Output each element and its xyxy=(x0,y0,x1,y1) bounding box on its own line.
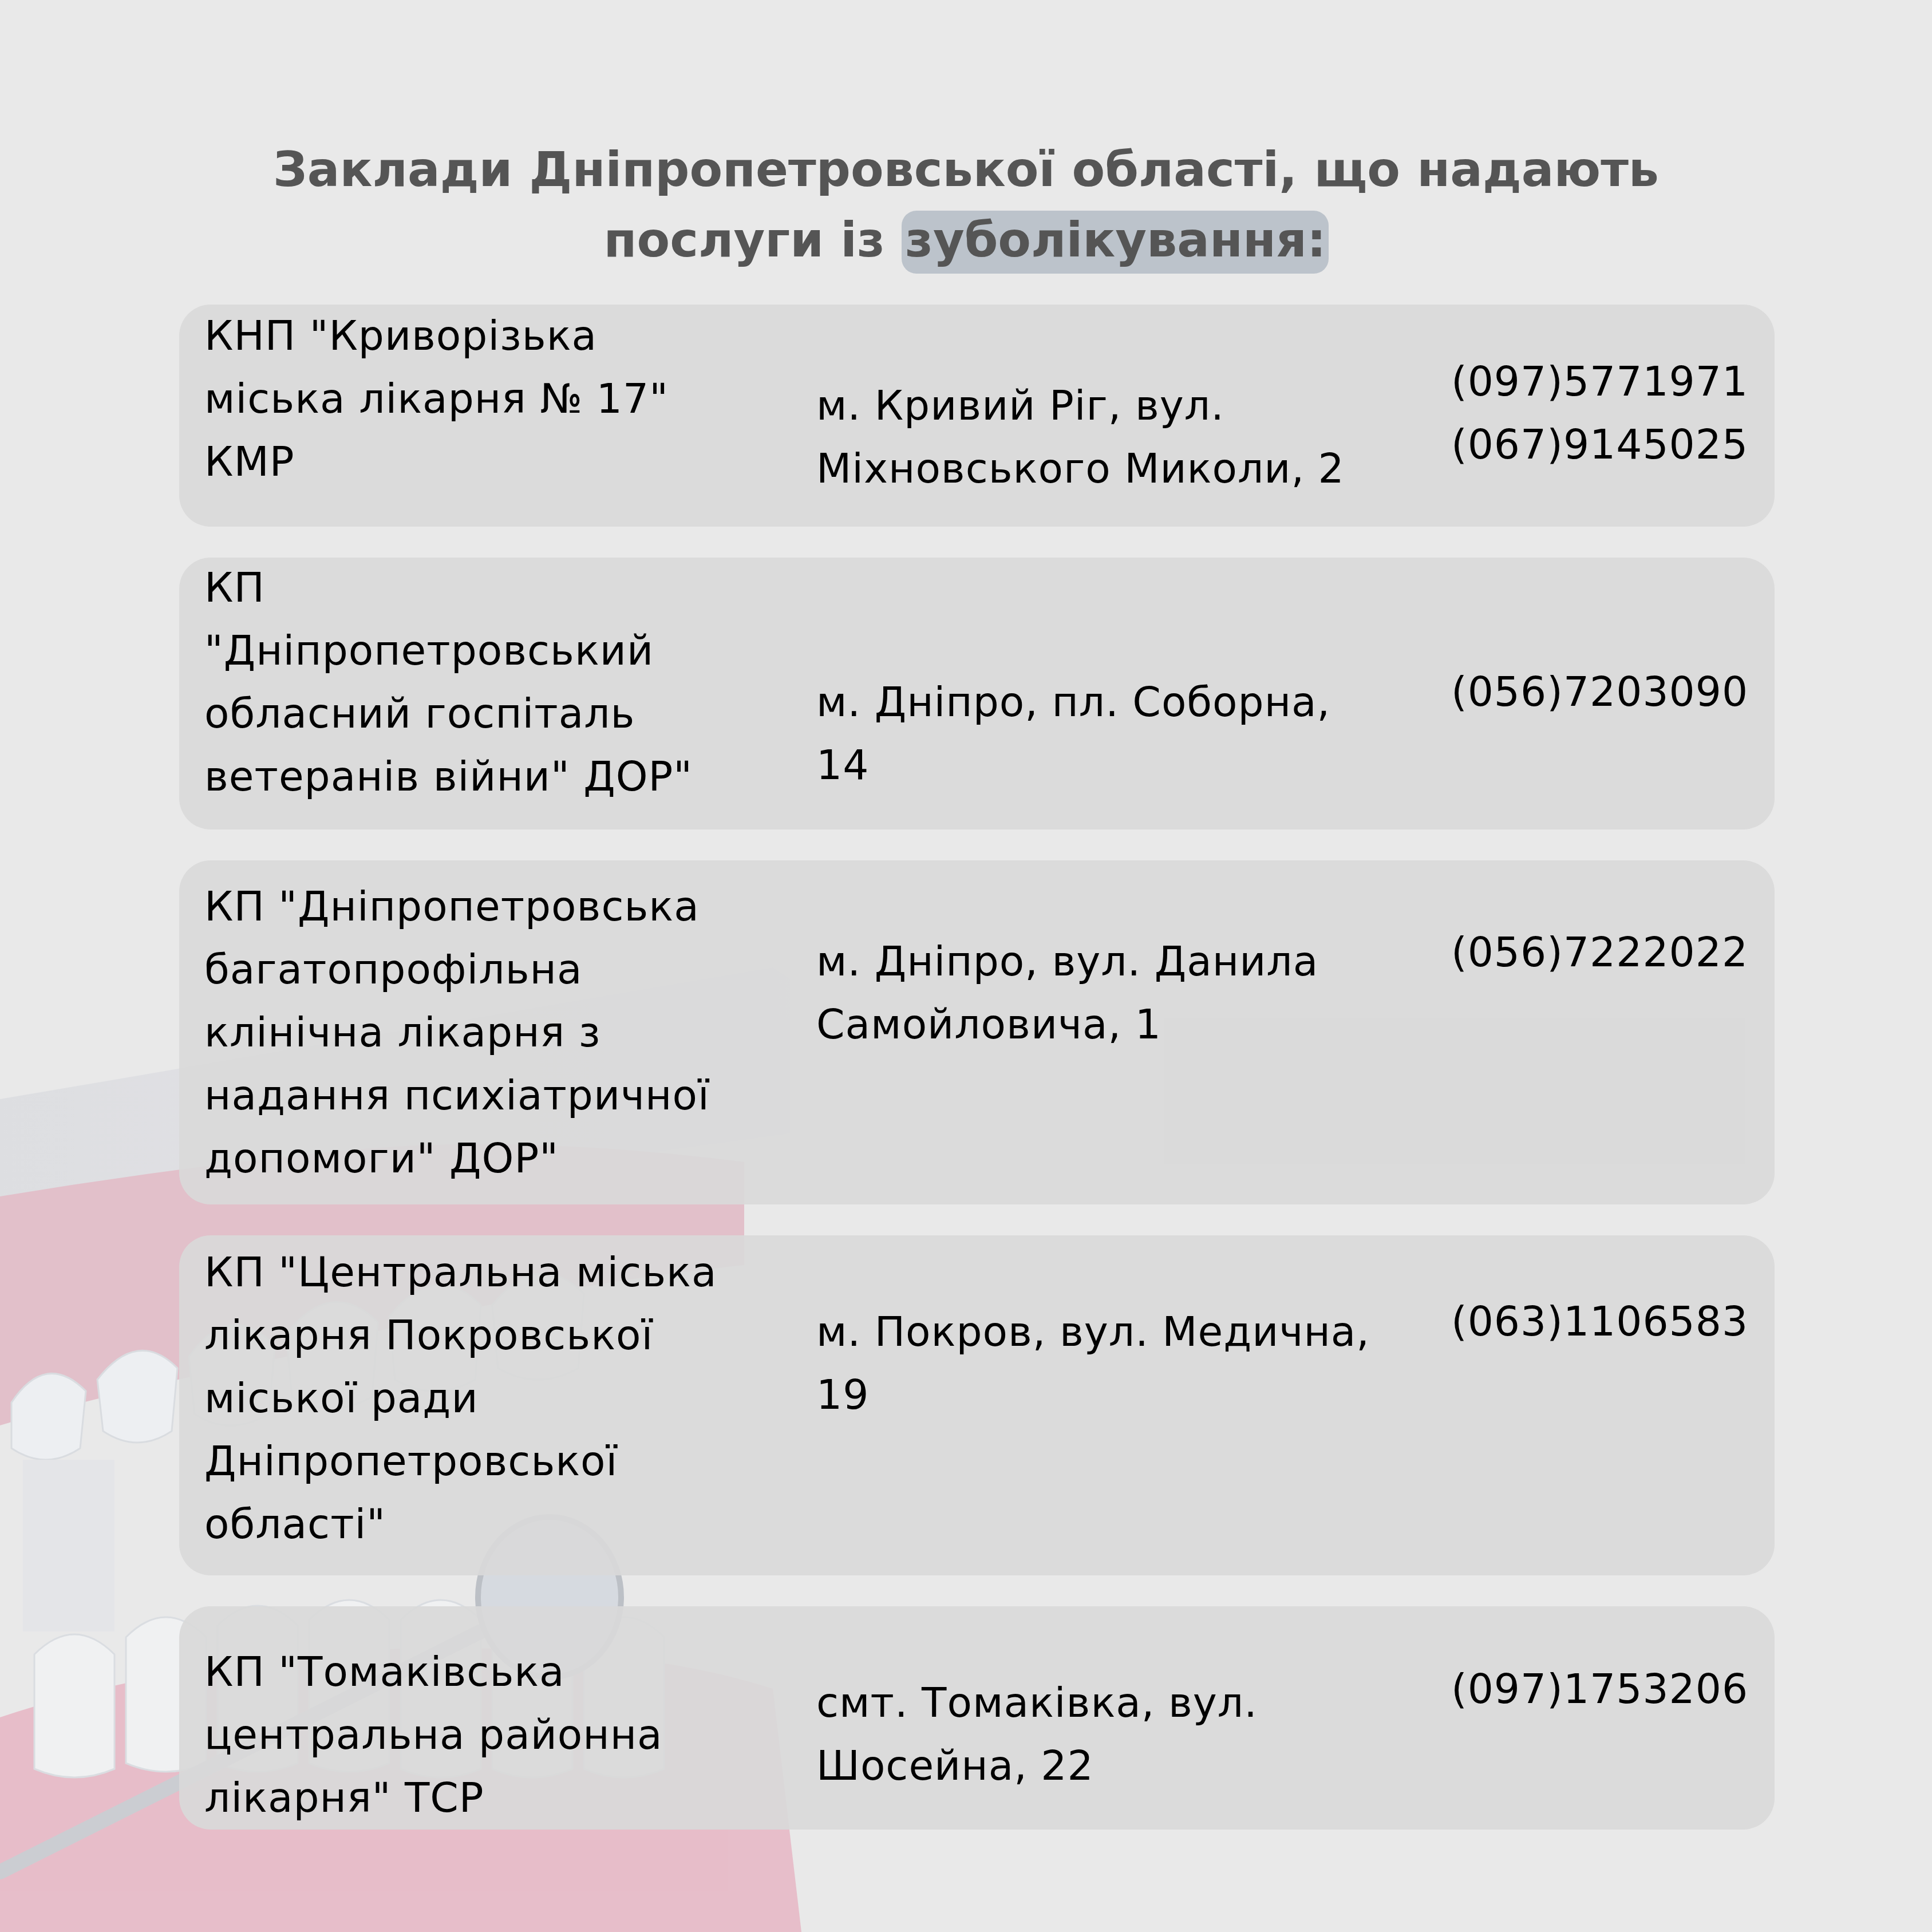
facility-name: КП "Дніпропетровський обласний госпіталь… xyxy=(204,556,788,808)
facility-name: КП "Центральна міська лікарня Покровсько… xyxy=(204,1241,788,1556)
facility-phones: (063)1106583 xyxy=(1451,1290,1772,1353)
facility-address: м. Покров, вул. Медична, 19 xyxy=(816,1301,1389,1427)
facility-phones: (097)1753206 xyxy=(1451,1658,1772,1721)
facility-name: КП "Томаківська центральна районна лікар… xyxy=(204,1641,788,1830)
facility-card: КП "Дніпропетровський обласний госпіталь… xyxy=(179,558,1775,829)
facility-phones: (097)5771971 (067)9145025 xyxy=(1451,350,1772,476)
facility-address: м. Дніпро, пл. Соборна, 14 xyxy=(816,671,1389,797)
facility-card: КП "Томаківська центральна районна лікар… xyxy=(179,1606,1775,1830)
title-line-1: Заклади Дніпропетровської області, що на… xyxy=(0,135,1932,205)
title-prefix: послуги із xyxy=(603,212,902,268)
facility-address: м. Дніпро, вул. Данила Самойловича, 1 xyxy=(816,930,1389,1056)
facility-name: КП "Дніпропетровська багатопрофільна клі… xyxy=(204,875,788,1190)
facility-card: КНП "Криворізька міська лікарня № 17" КМ… xyxy=(179,305,1775,527)
facility-phones: (056)7203090 xyxy=(1451,661,1772,724)
title-highlight: зуболікування: xyxy=(902,211,1328,274)
facility-name: КНП "Криворізька міська лікарня № 17" КМ… xyxy=(204,305,788,493)
facility-address: м. Кривий Ріг, вул. Міхновського Миколи,… xyxy=(816,374,1389,500)
facility-address: смт. Томаківка, вул. Шосейна, 22 xyxy=(816,1672,1389,1797)
facility-card: КП "Дніпропетровська багатопрофільна клі… xyxy=(179,860,1775,1204)
facility-phones: (056)7222022 xyxy=(1451,921,1772,984)
facility-card: КП "Центральна міська лікарня Покровсько… xyxy=(179,1235,1775,1575)
page-title: Заклади Дніпропетровської області, що на… xyxy=(0,135,1932,275)
title-line-2: послуги із зуболікування: xyxy=(0,205,1932,275)
